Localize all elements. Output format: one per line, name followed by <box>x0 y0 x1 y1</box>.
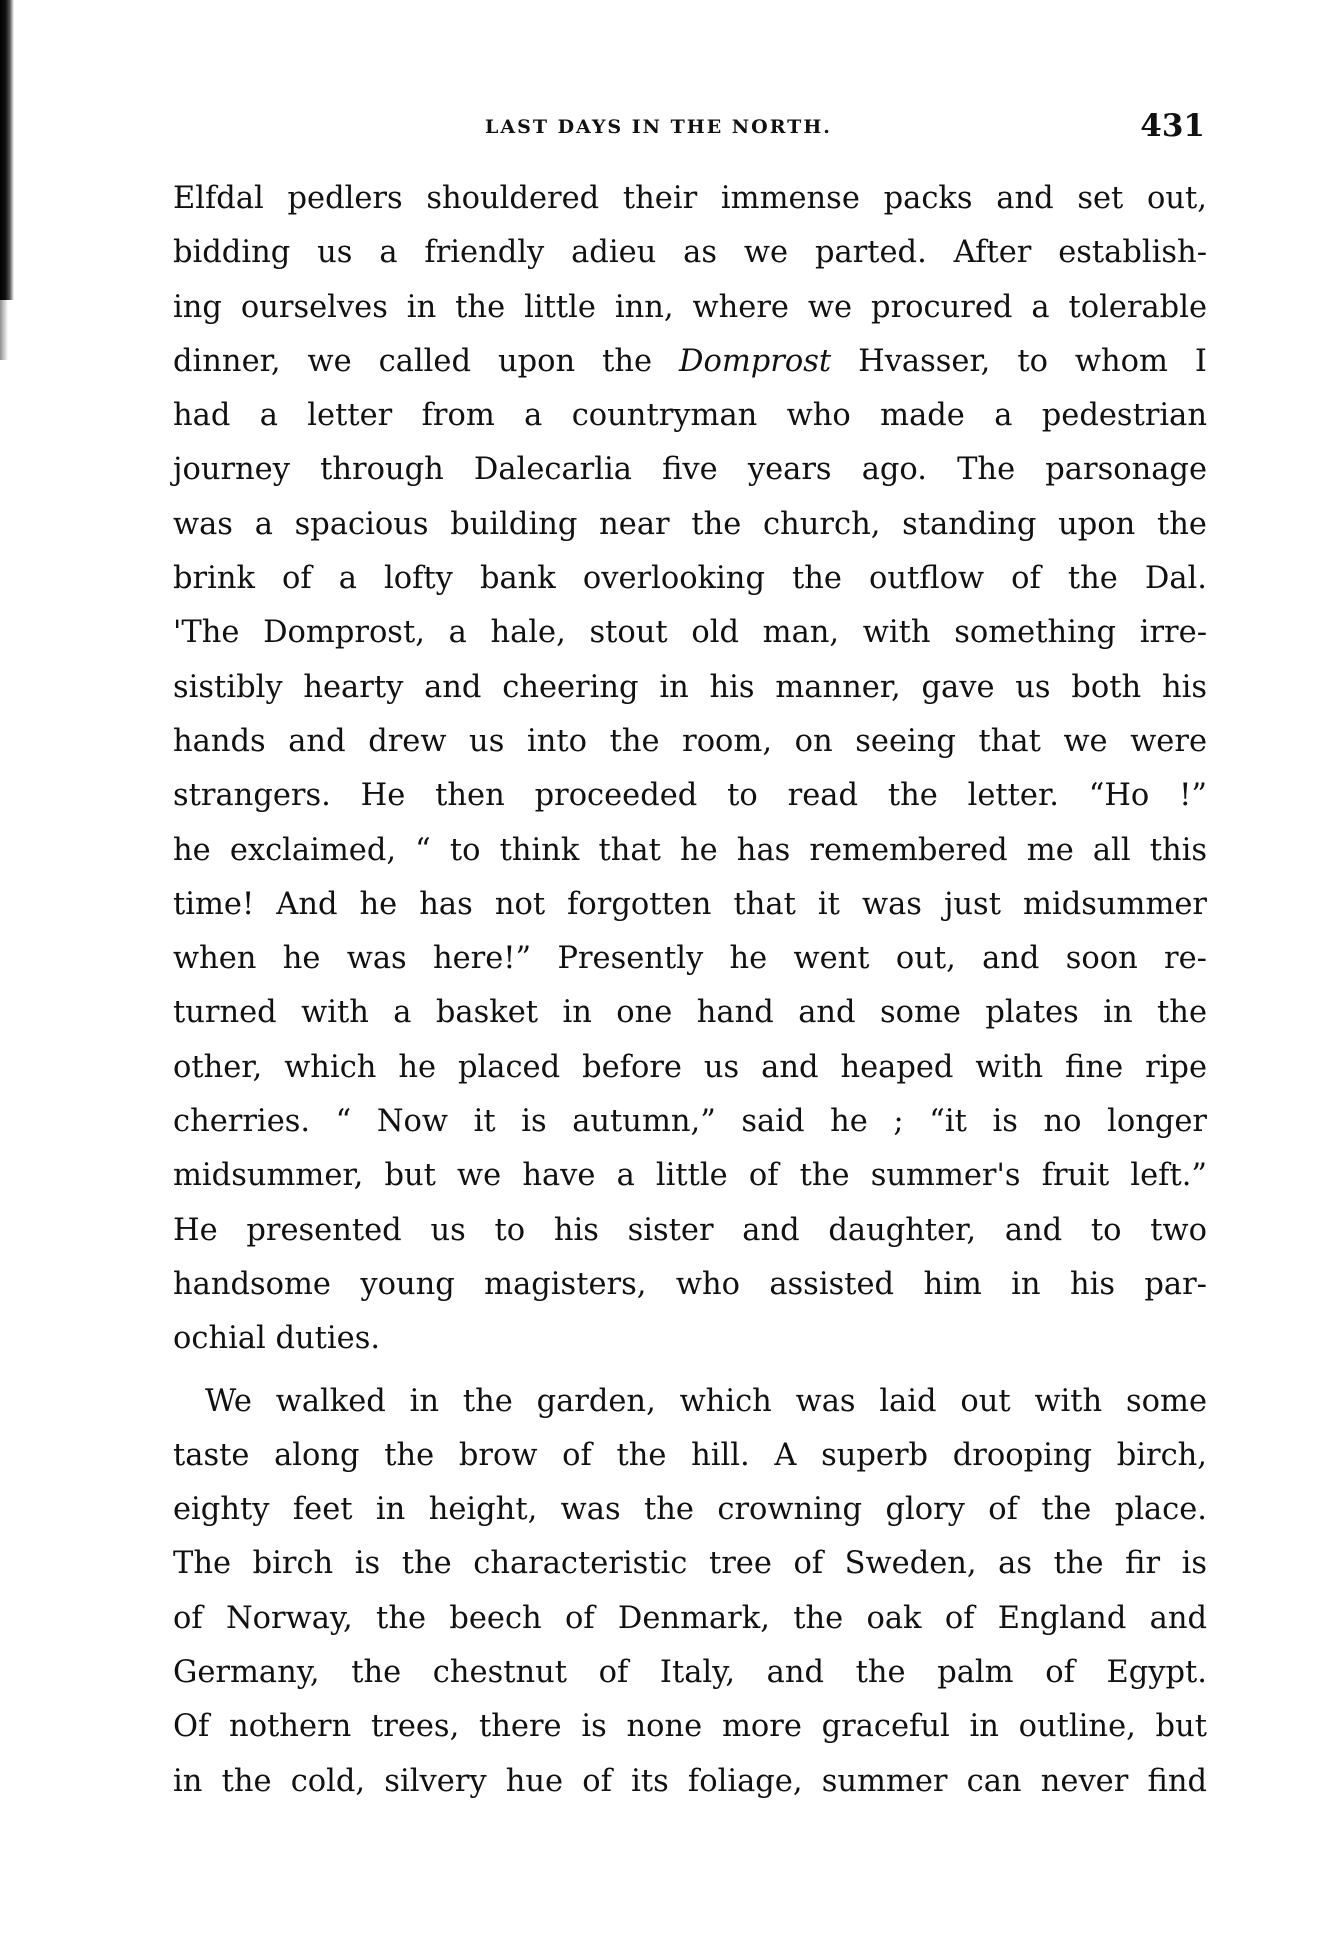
page-number: 431 <box>1140 108 1205 144</box>
running-title: LAST DAYS IN THE NORTH. <box>485 116 832 138</box>
italic-term-domprost: Domprost <box>679 344 831 379</box>
text-line: sistibly hearty and cheering in his mann… <box>173 661 1207 715</box>
text-line: other, which he placed before us and hea… <box>173 1041 1207 1095</box>
text-line: handsome young magisters, who assisted h… <box>173 1258 1207 1312</box>
text-line: cherries. “ Now it is autumn,” said he ;… <box>173 1095 1207 1149</box>
paragraph-2: We walked in the garden, which was laid … <box>173 1375 1207 1809</box>
text-fragment: dinner, we called upon the <box>173 344 679 379</box>
text-line: had a letter from a countryman who made … <box>173 389 1207 443</box>
text-line: ochial duties. <box>173 1312 1207 1366</box>
text-line: Germany, the chestnut of Italy, and the … <box>173 1646 1207 1700</box>
paragraph-gap <box>173 1367 1207 1375</box>
text-line: bidding us a friendly adieu as we parted… <box>173 226 1207 280</box>
text-line: Of nothern trees, there is none more gra… <box>173 1700 1207 1754</box>
text-line-with-italic: dinner, we called upon the Domprost Hvas… <box>173 335 1207 389</box>
book-page: LAST DAYS IN THE NORTH. 431 Elfdal pedle… <box>0 0 1341 1952</box>
text-line: hands and drew us into the room, on seei… <box>173 715 1207 769</box>
text-line: The birch is the characteristic tree of … <box>173 1537 1207 1591</box>
running-header: LAST DAYS IN THE NORTH. 431 <box>175 108 1205 148</box>
text-line: of Norway, the beech of Denmark, the oak… <box>173 1592 1207 1646</box>
text-line: strangers. He then proceeded to read the… <box>173 769 1207 823</box>
text-fragment: Hvasser, to whom I <box>831 344 1207 379</box>
text-line: ing ourselves in the little inn, where w… <box>173 281 1207 335</box>
text-line: 'The Domprost, a hale, stout old man, wi… <box>173 606 1207 660</box>
text-line: turned with a basket in one hand and som… <box>173 986 1207 1040</box>
text-line: He presented us to his sister and daught… <box>173 1204 1207 1258</box>
text-line: time! And he has not forgotten that it w… <box>173 878 1207 932</box>
paragraph-1: Elfdal pedlers shouldered their immense … <box>173 172 1207 1367</box>
text-line: Elfdal pedlers shouldered their immense … <box>173 172 1207 226</box>
text-line: midsummer, but we have a little of the s… <box>173 1149 1207 1203</box>
text-line: We walked in the garden, which was laid … <box>173 1375 1207 1429</box>
text-line: was a spacious building near the church,… <box>173 498 1207 552</box>
text-line: when he was here!” Presently he went out… <box>173 932 1207 986</box>
text-line: taste along the brow of the hill. A supe… <box>173 1429 1207 1483</box>
text-line: brink of a lofty bank overlooking the ou… <box>173 552 1207 606</box>
text-line: journey through Dalecarlia five years ag… <box>173 443 1207 497</box>
text-line: he exclaimed, “ to think that he has rem… <box>173 824 1207 878</box>
text-line: in the cold, silvery hue of its foliage,… <box>173 1755 1207 1809</box>
body-text: Elfdal pedlers shouldered their immense … <box>173 172 1207 1809</box>
text-line: eighty feet in height, was the crowning … <box>173 1483 1207 1537</box>
